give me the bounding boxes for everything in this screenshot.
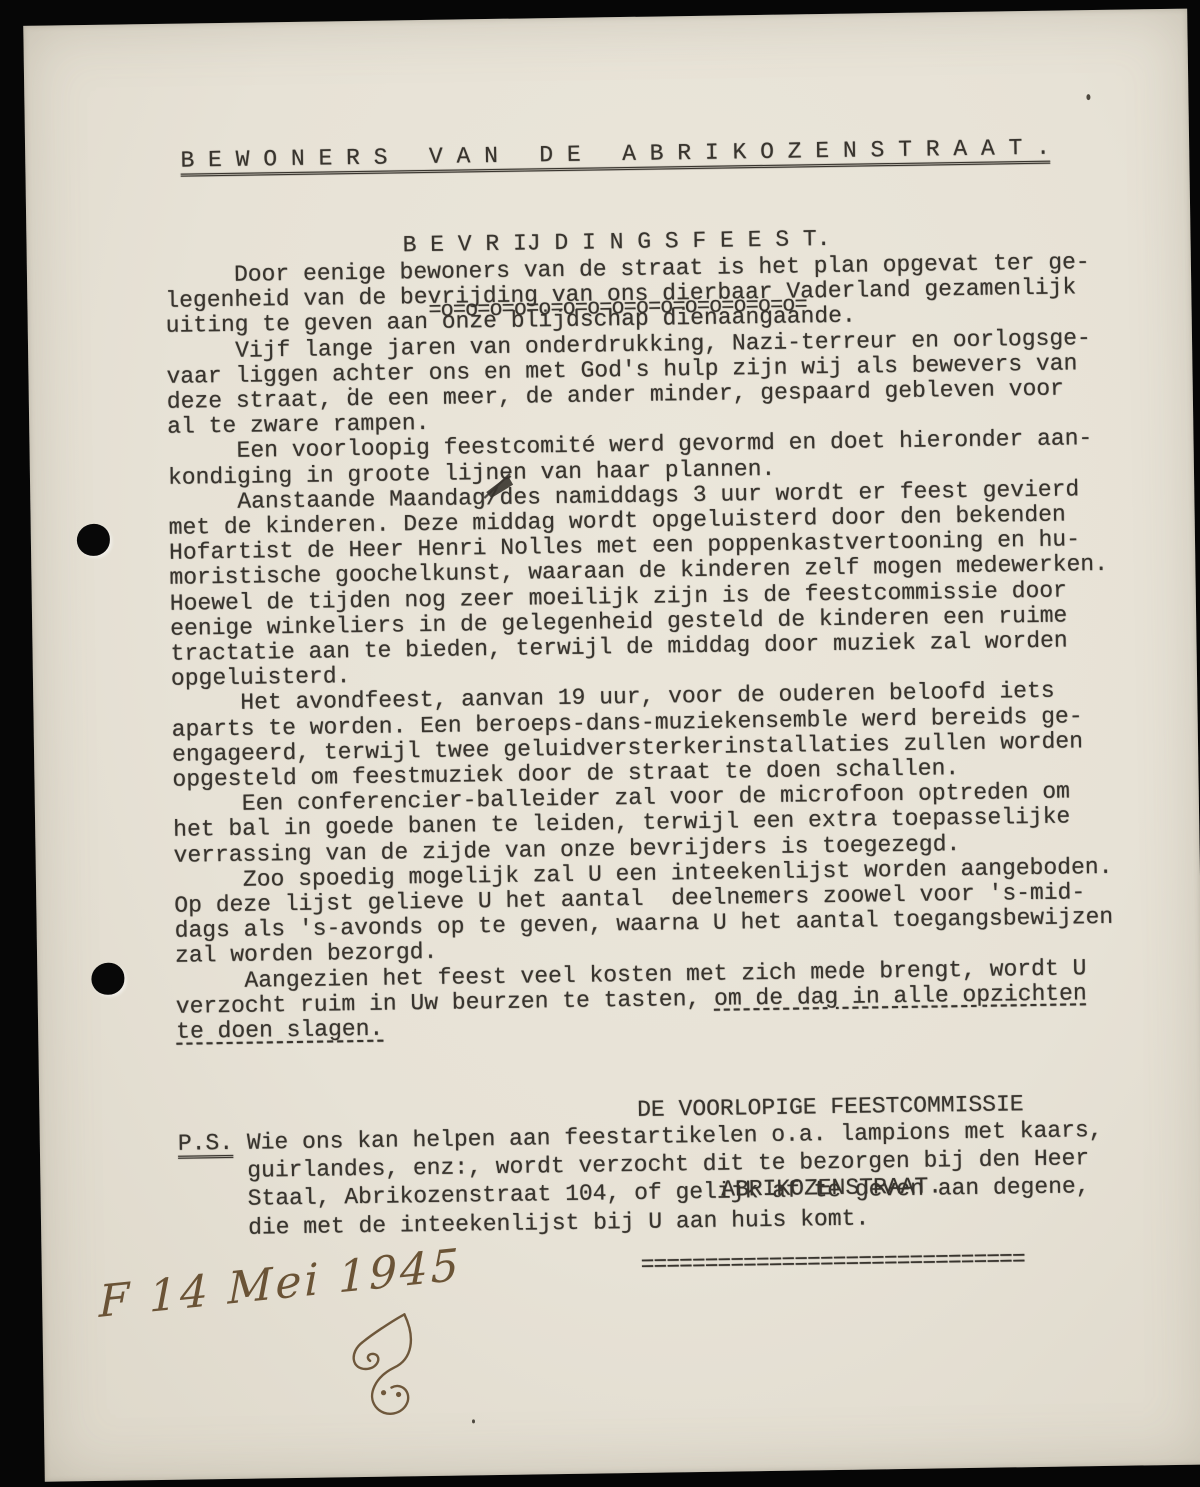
paper-speck (1086, 94, 1090, 100)
body-text-part1: Door eenige bewoners van de straat is he… (165, 249, 1093, 516)
punch-hole-top (77, 524, 110, 556)
commission-underline: ============================== (617, 1246, 1049, 1279)
paper-speck (472, 1419, 475, 1423)
body-text: Door eenige bewoners van de straat is he… (165, 250, 1115, 1045)
ps-label: P.S. (178, 1130, 234, 1157)
punch-hole-bottom (91, 962, 124, 994)
postscript: P.S. Wie ons kan helpen aan feestartikel… (178, 1116, 1104, 1243)
body-text-part2: des namiddags 3 uur wordt er feest gevie… (169, 476, 1114, 1020)
document-title: B E W O N E R S V A N D E A B R I K O Z … (175, 135, 1055, 174)
document-page: B E W O N E R S V A N D E A B R I K O Z … (23, 9, 1200, 1482)
scan-background: B E W O N E R S V A N D E A B R I K O Z … (0, 0, 1200, 1487)
signature-doodle-icon (342, 1308, 428, 1421)
ps-text: Wie ons kan helpen aan feestartikelen o.… (178, 1117, 1103, 1241)
